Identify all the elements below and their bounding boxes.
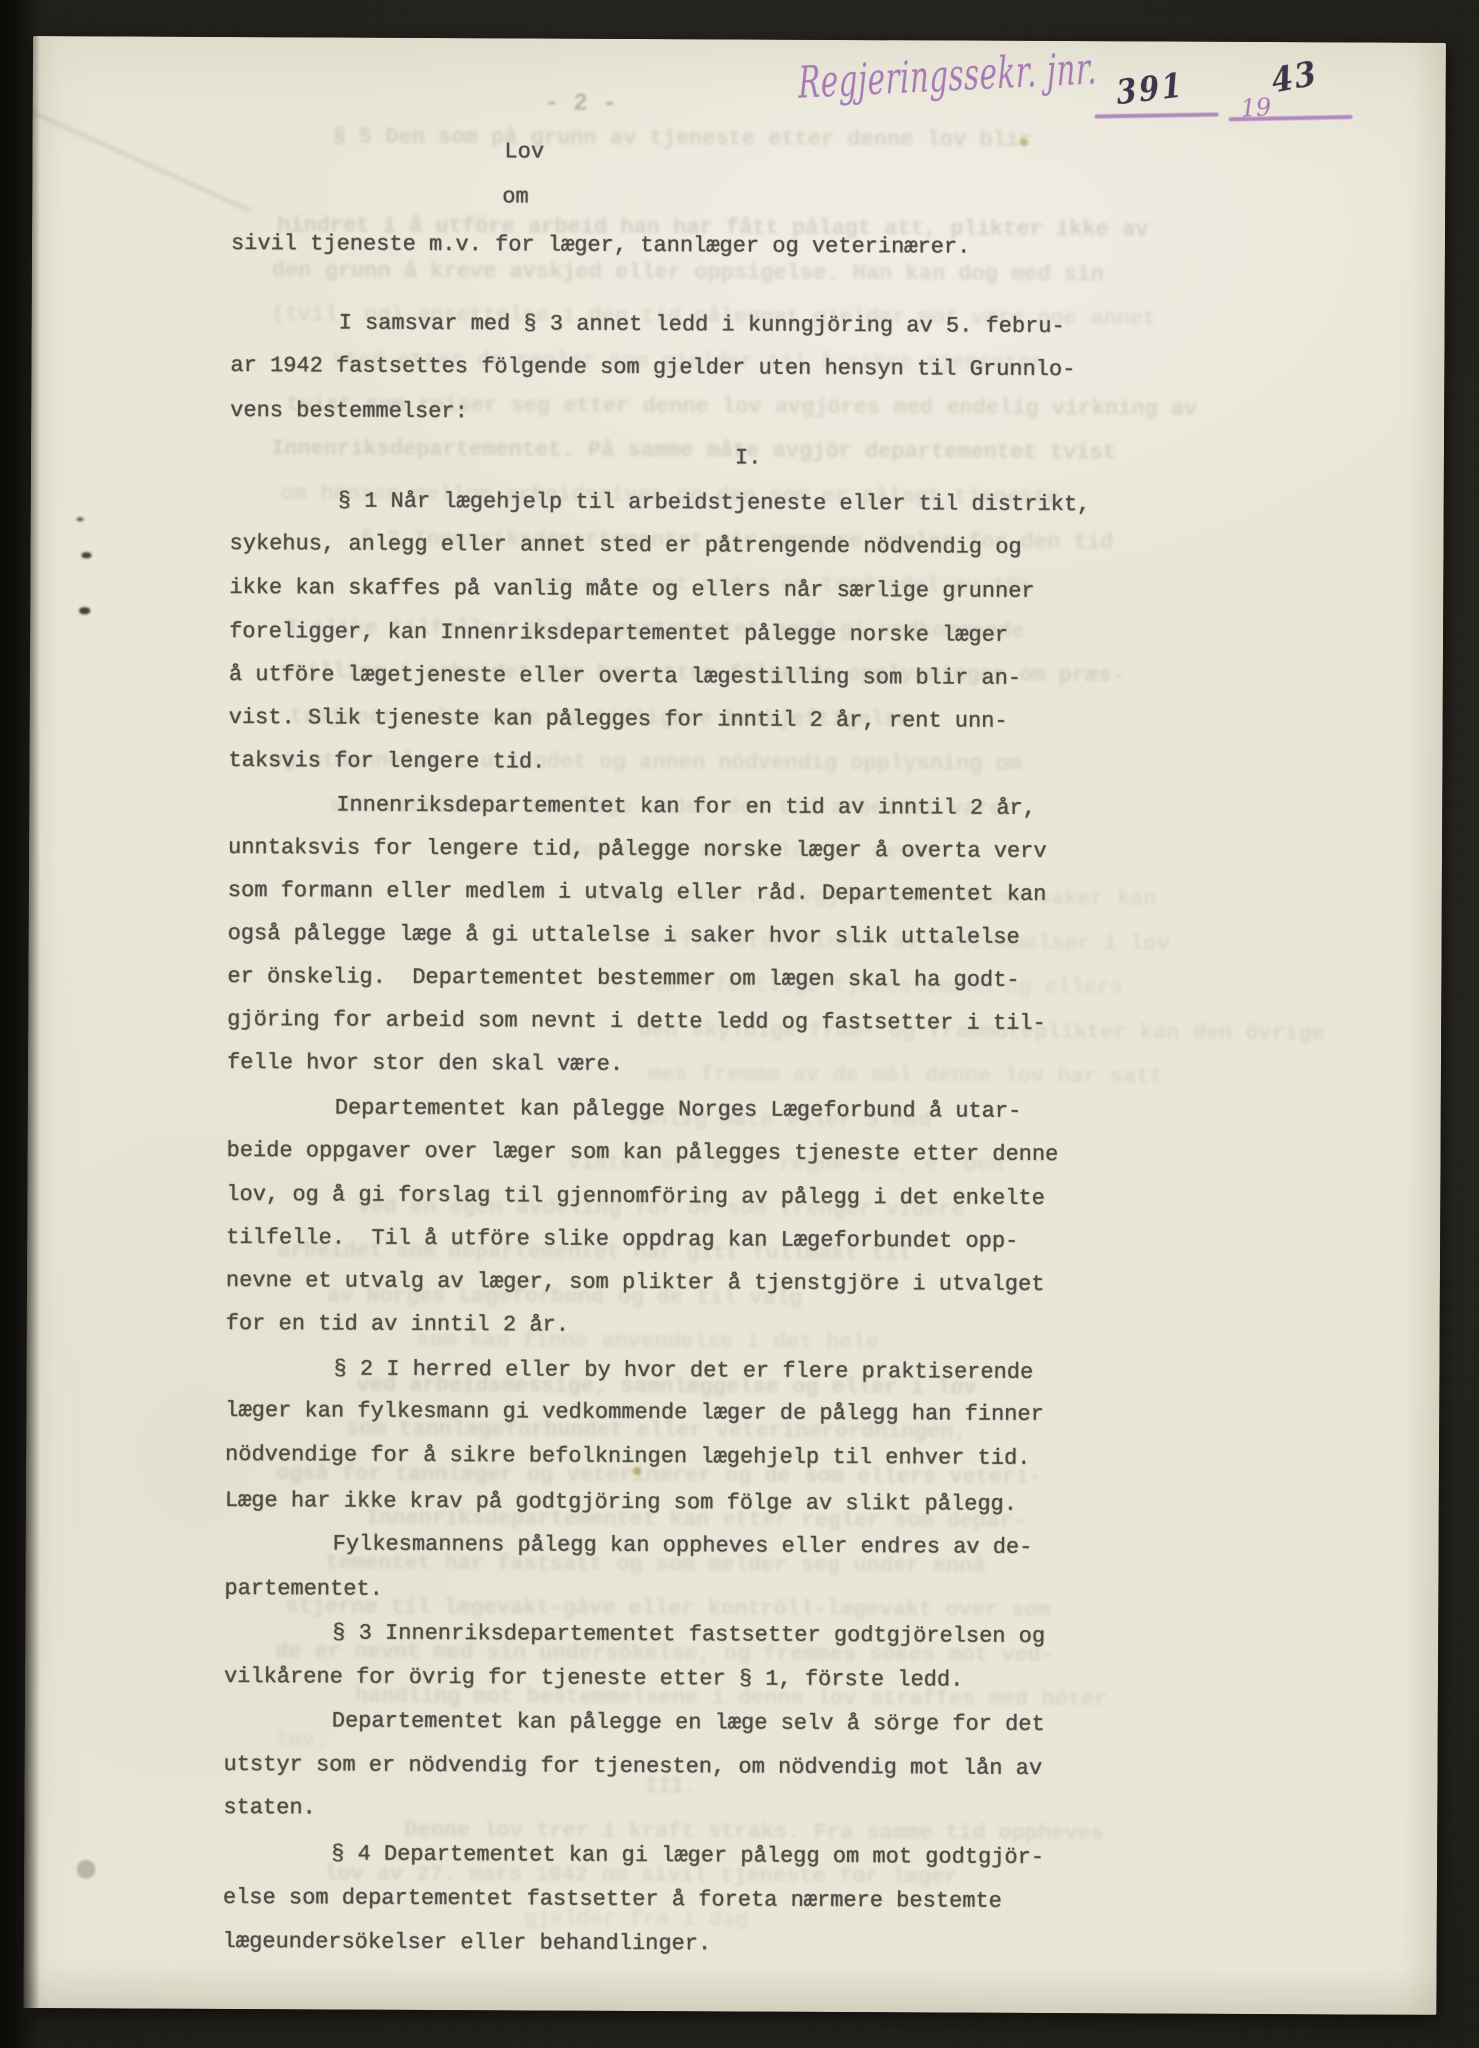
paper-artifacts-layer xyxy=(23,36,1446,2015)
punch-mark xyxy=(81,552,91,558)
punch-mark xyxy=(79,607,90,614)
smudge-mark xyxy=(1019,139,1028,146)
smudge-mark xyxy=(633,1467,641,1475)
archive-photo-background: § 5 Den som på grunn av tjeneste etter d… xyxy=(0,0,1479,2048)
binding-gutter-shadow xyxy=(0,0,40,2048)
punch-mark xyxy=(77,517,84,521)
smudge-mark xyxy=(77,1860,95,1878)
document-page: § 5 Den som på grunn av tjeneste etter d… xyxy=(23,36,1446,2015)
